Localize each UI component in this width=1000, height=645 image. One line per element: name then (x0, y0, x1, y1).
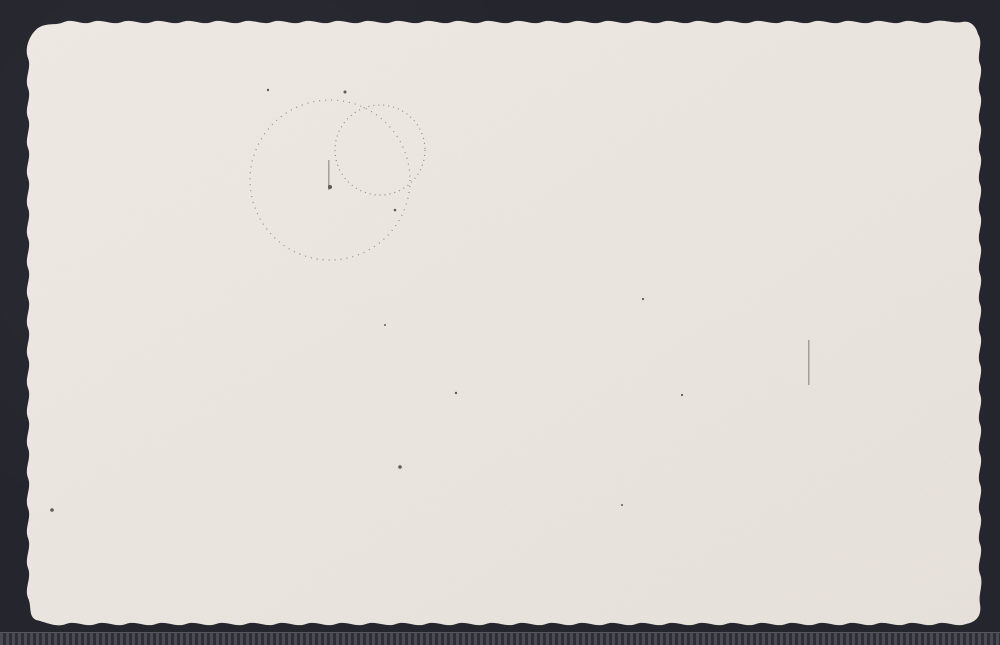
deckle-edge-card (27, 21, 982, 626)
photo-card-back (0, 0, 1000, 645)
album-page-border (0, 632, 1000, 645)
